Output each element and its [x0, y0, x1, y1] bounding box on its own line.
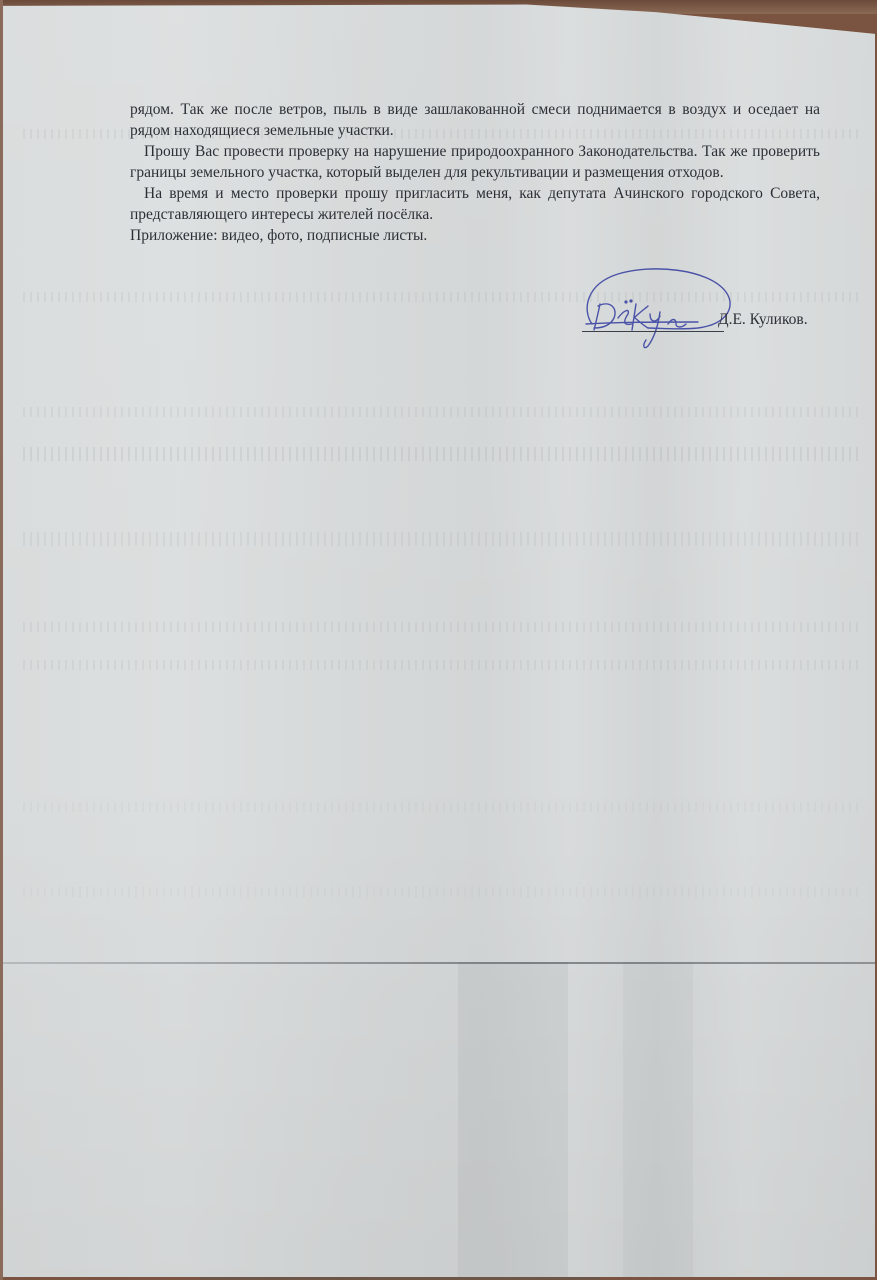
- paper-fold-line: [3, 962, 875, 964]
- print-streak: [23, 447, 860, 461]
- print-streak: [23, 887, 860, 897]
- text-line: рядом. Так же после ветров, пыль в виде …: [130, 101, 741, 118]
- table-surface-left: [0, 0, 3, 1280]
- text-line: На время и место проверки прошу пригласи…: [144, 185, 763, 202]
- print-streak: [23, 407, 860, 417]
- text-line: размещения отходов.: [584, 164, 723, 181]
- text-line: Прошу Вас провести проверку на нарушение…: [144, 143, 726, 160]
- print-streak: [23, 660, 860, 670]
- paragraph-dust: рядом. Так же после ветров, пыль в виде …: [130, 99, 820, 141]
- text-line: Приложение: видео, фото, подписные листы…: [130, 227, 427, 244]
- paragraph-invitation: На время и место проверки прошу пригласи…: [130, 183, 820, 225]
- paragraph-attachment: Приложение: видео, фото, подписные листы…: [130, 225, 820, 246]
- letter-body: рядом. Так же после ветров, пыль в виде …: [130, 99, 820, 246]
- print-streak: [23, 622, 860, 632]
- print-streak: [23, 532, 860, 546]
- handwritten-signature-icon: [578, 262, 738, 354]
- signer-name: Д.Е. Куликов.: [718, 311, 808, 329]
- paper-shadow: [458, 962, 568, 1277]
- paragraph-request: Прошу Вас провести проверку на нарушение…: [130, 141, 820, 183]
- signature-line: [582, 331, 724, 332]
- print-streak: [23, 802, 860, 812]
- signature-block: Д.Е. Куликов.: [578, 262, 838, 354]
- paper-shadow: [623, 962, 693, 1277]
